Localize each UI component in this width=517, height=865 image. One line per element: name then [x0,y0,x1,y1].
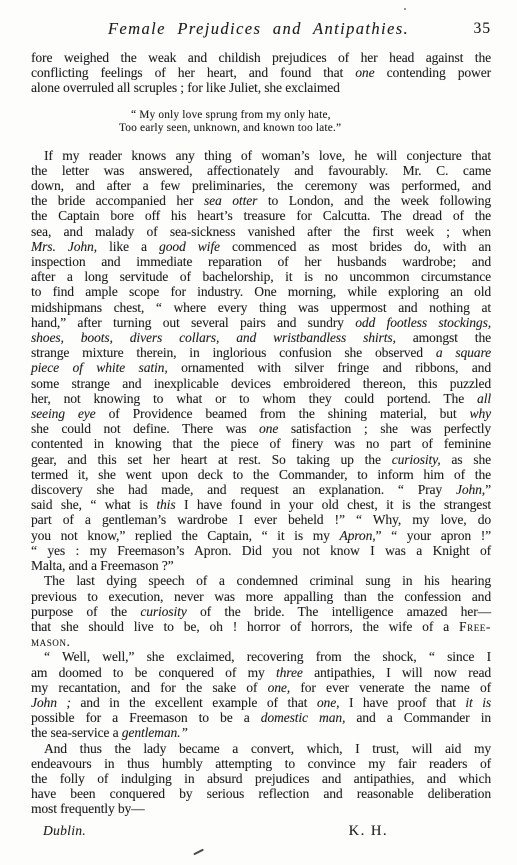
text-run: inspection and immediate reparation of h… [31,254,491,269]
text-line: am doomed to be conquered of my three an… [31,665,491,680]
text-run: If my reader knows any thing of woman’s … [44,148,491,163]
text-run: have been conquered by serious reflectio… [31,786,491,801]
text-line: that she should live to be, oh ! horror … [31,619,491,634]
text-line: her, not knowing to what or to whom they… [31,391,491,406]
scanned-book-page: Female Prejudices and Antipathies. 35 fo… [0,0,517,865]
text-run: gentleman.” [122,725,188,740]
text-run: one, [268,680,290,695]
text-run: a square [436,345,491,360]
text-run: gear, and this set her heart at rest. So… [31,452,392,467]
text-line: contented in knowing that the piece of f… [31,436,491,451]
text-line: endeavours in thus humbly attempting to … [31,756,491,771]
text-run: endeavours in thus humbly attempting to … [31,756,491,771]
text-run: conflicting feelings of her heart, and f… [31,65,355,80]
text-run: down, and after a few preliminaries, the… [31,178,491,193]
paragraph: “ Well, well,” she exclaimed, recovering… [31,649,491,740]
page-title: Female Prejudices and Antipathies. [0,19,517,39]
body-text: fore weighed the weak and childish preju… [31,50,491,840]
text-run: like a [97,239,159,254]
text-run: she could not define. There was [31,421,259,436]
text-run: alone overruled all scruples ; for like … [31,80,340,95]
text-run: for ever venerate the name of [290,680,491,695]
text-run: some strange and inexplicable devices em… [31,376,491,391]
text-run: as she [441,452,491,467]
text-run: ornamented with silver fringe and ribbon… [168,360,491,375]
text-run: the bride accompanied her [31,193,204,208]
text-line: John ; and in the excellent example of t… [31,695,491,710]
text-run: to find ample scope for industry. One mo… [31,284,491,299]
text-line: shoes, boots, divers collars, and wristb… [31,330,491,345]
text-run: one [259,421,278,436]
text-line: the folly of indulging in absurd prejudi… [31,771,491,786]
text-line: she could not define. There was one sati… [31,421,491,436]
text-run: it is [465,695,491,710]
text-run: The last dying speech of a condemned cri… [44,573,491,588]
text-run: to London, and the week following [257,193,491,208]
text-run: seeing eye [31,406,96,421]
text-run: contented in knowing that the piece of f… [31,436,491,451]
text-line: said she, “ what is this I have found in… [31,497,491,512]
text-run: antipathies, I will now read [303,665,491,680]
text-run: strange mixture therein, in inglorious c… [31,345,436,360]
text-run: most frequently by— [31,801,145,816]
signature-initials: K. H. [349,823,388,840]
text-run: my recantation, and for the sake of [31,680,268,695]
text-line: Malta, and a Freemason ?” [31,558,491,573]
running-header: Female Prejudices and Antipathies. 35 [0,19,517,41]
text-line: some strange and inexplicable devices em… [31,376,491,391]
verse-line: “ My only love sprung from my only hate, [119,109,491,123]
text-run: of Providence beamed from the shining ma… [96,406,470,421]
text-run: after a long servitude of bachelorship, … [31,269,491,284]
text-line: inspection and immediate reparation of h… [31,254,491,269]
text-run: her, not knowing to what or to whom they… [31,391,477,406]
text-line: purpose of the curiosity of the bride. T… [31,604,491,619]
text-line: mason. [31,634,491,649]
text-run: Apron, [339,528,375,543]
paragraph: If my reader knows any thing of woman’s … [31,148,491,574]
text-run: I have found in your old chest, it is th… [175,497,491,512]
text-run: the letter was answered, affectionately … [31,163,491,178]
text-run: I have proof that [339,695,465,710]
text-line: piece of white satin, ornamented with si… [31,360,491,375]
text-run: and a Commander in [345,710,491,725]
text-run: “ yes : my Freemason’s Apron. Did you no… [31,543,491,558]
text-run: sea, and malady of sea-sickness vanished… [31,224,491,239]
text-run: the folly of indulging in absurd prejudi… [31,771,491,786]
page-number: 35 [474,20,492,38]
text-line: the letter was answered, affectionately … [31,163,491,178]
text-line: “ yes : my Freemason’s Apron. Did you no… [31,543,491,558]
text-run: “ My only love sprung from my only hate, [131,109,331,121]
text-run: that she should live to be, oh ! horror … [31,619,459,634]
text-line: hand,” after turning out several pairs a… [31,315,491,330]
text-line: the sea-service a gentleman.” [31,725,491,740]
text-line: previous to execution, never was more ap… [31,589,491,604]
text-run: said she, “ what is [31,497,156,512]
paragraph: fore weighed the weak and childish preju… [31,50,491,96]
text-run: domestic man, [261,710,346,725]
text-line: Mrs. John, like a good wife commenced as… [31,239,491,254]
text-line: And thus the lady became a convert, whic… [31,741,491,756]
text-run: purpose of the [31,604,140,619]
text-run: you not know,” replied the Captain, “ it… [31,528,339,543]
text-line: have been conquered by serious reflectio… [31,786,491,801]
text-line: most frequently by— [31,801,491,816]
text-line: seeing eye of Providence beamed from the… [31,406,491,421]
text-line: If my reader knows any thing of woman’s … [31,148,491,163]
text-line: the bride accompanied her sea otter to L… [31,193,491,208]
text-run: termed it, she went upon deck to the Com… [31,467,491,482]
text-run: commenced as most brides do, with an [220,239,491,254]
text-run: John, [456,482,485,497]
text-run: shoes, boots, divers collars, and wristb… [31,330,396,345]
text-run: possible for a Freemason to be a [31,710,261,725]
signature-place: Dublin. [43,823,86,839]
text-run: discovery she had made, and request an e… [31,482,456,497]
text-line: possible for a Freemason to be a domesti… [31,710,491,725]
text-run: midshipmans chest, “ where every thing w… [31,300,491,315]
signature-row: Dublin.K. H. [31,823,491,840]
text-line: down, and after a few preliminaries, the… [31,178,491,193]
text-run: sea otter [204,193,257,208]
text-run: and in the excellent example of that [71,695,317,710]
text-line: termed it, she went upon deck to the Com… [31,467,491,482]
text-run: ” [485,482,491,497]
text-run: Malta, and a Freemason ?” [31,558,174,573]
text-run: And thus the lady became a convert, whic… [44,741,491,756]
text-run: Mrs. John, [31,239,97,254]
text-line: alone overruled all scruples ; for like … [31,80,491,95]
text-run: the Captain bore off his heart’s treasur… [31,208,491,223]
text-run: John ; [31,695,71,710]
text-run: amongst the [396,330,491,345]
text-line: midshipmans chest, “ where every thing w… [31,300,491,315]
text-run: am doomed to be conquered of my [31,665,276,680]
text-run: why [470,406,491,421]
text-line: “ Well, well,” she exclaimed, recovering… [31,649,491,664]
text-line: you not know,” replied the Captain, “ it… [31,528,491,543]
text-line: to find ample scope for industry. One mo… [31,284,491,299]
paragraph: The last dying speech of a condemned cri… [31,573,491,649]
text-run: previous to execution, never was more ap… [31,589,491,604]
text-run: one, [317,695,339,710]
text-line: fore weighed the weak and childish preju… [31,50,491,65]
text-run: curiosity [140,604,186,619]
text-run: hand,” after turning out several pairs a… [31,315,355,330]
text-run: curiosity, [392,452,441,467]
text-line: strange mixture therein, in inglorious c… [31,345,491,360]
text-run: good wife [159,239,220,254]
text-line: after a long servitude of bachelorship, … [31,269,491,284]
text-line: sea, and malady of sea-sickness vanished… [31,224,491,239]
text-line: my recantation, and for the sake of one,… [31,680,491,695]
text-line: The last dying speech of a condemned cri… [31,573,491,588]
text-run: three [276,665,303,680]
text-run: contending power [374,65,491,80]
text-run: odd footless stockings, [355,315,491,330]
text-line: gear, and this set her heart at rest. So… [31,452,491,467]
text-line: the Captain bore off his heart’s treasur… [31,208,491,223]
scan-artifact [193,849,204,855]
text-run: Too early seen, unknown, and known too l… [119,122,341,134]
text-run: of the bride. The intelligence amazed he… [187,604,491,619]
text-run: the sea-service a [31,725,122,740]
text-run: one [355,65,374,80]
text-run: part of a gentleman’s wardrobe I ever be… [31,512,491,527]
scan-speck [404,8,406,10]
text-run: Free- [459,619,491,634]
text-run: all [477,391,491,406]
verse-quote: “ My only love sprung from my only hate,… [119,109,491,136]
text-run: satisfaction ; she was perfectly [278,421,491,436]
text-run: mason. [31,634,70,649]
verse-line: Too early seen, unknown, and known too l… [119,122,491,136]
text-line: discovery she had made, and request an e… [31,482,491,497]
text-line: part of a gentleman’s wardrobe I ever be… [31,512,491,527]
text-run: “ Well, well,” she exclaimed, recovering… [44,649,491,664]
text-line: conflicting feelings of her heart, and f… [31,65,491,80]
text-run: piece of white satin, [31,360,168,375]
text-run: this [156,497,175,512]
text-run: fore weighed the weak and childish preju… [31,50,491,65]
text-run: ” “ your apron !” [376,528,492,543]
paragraph: And thus the lady became a convert, whic… [31,741,491,817]
